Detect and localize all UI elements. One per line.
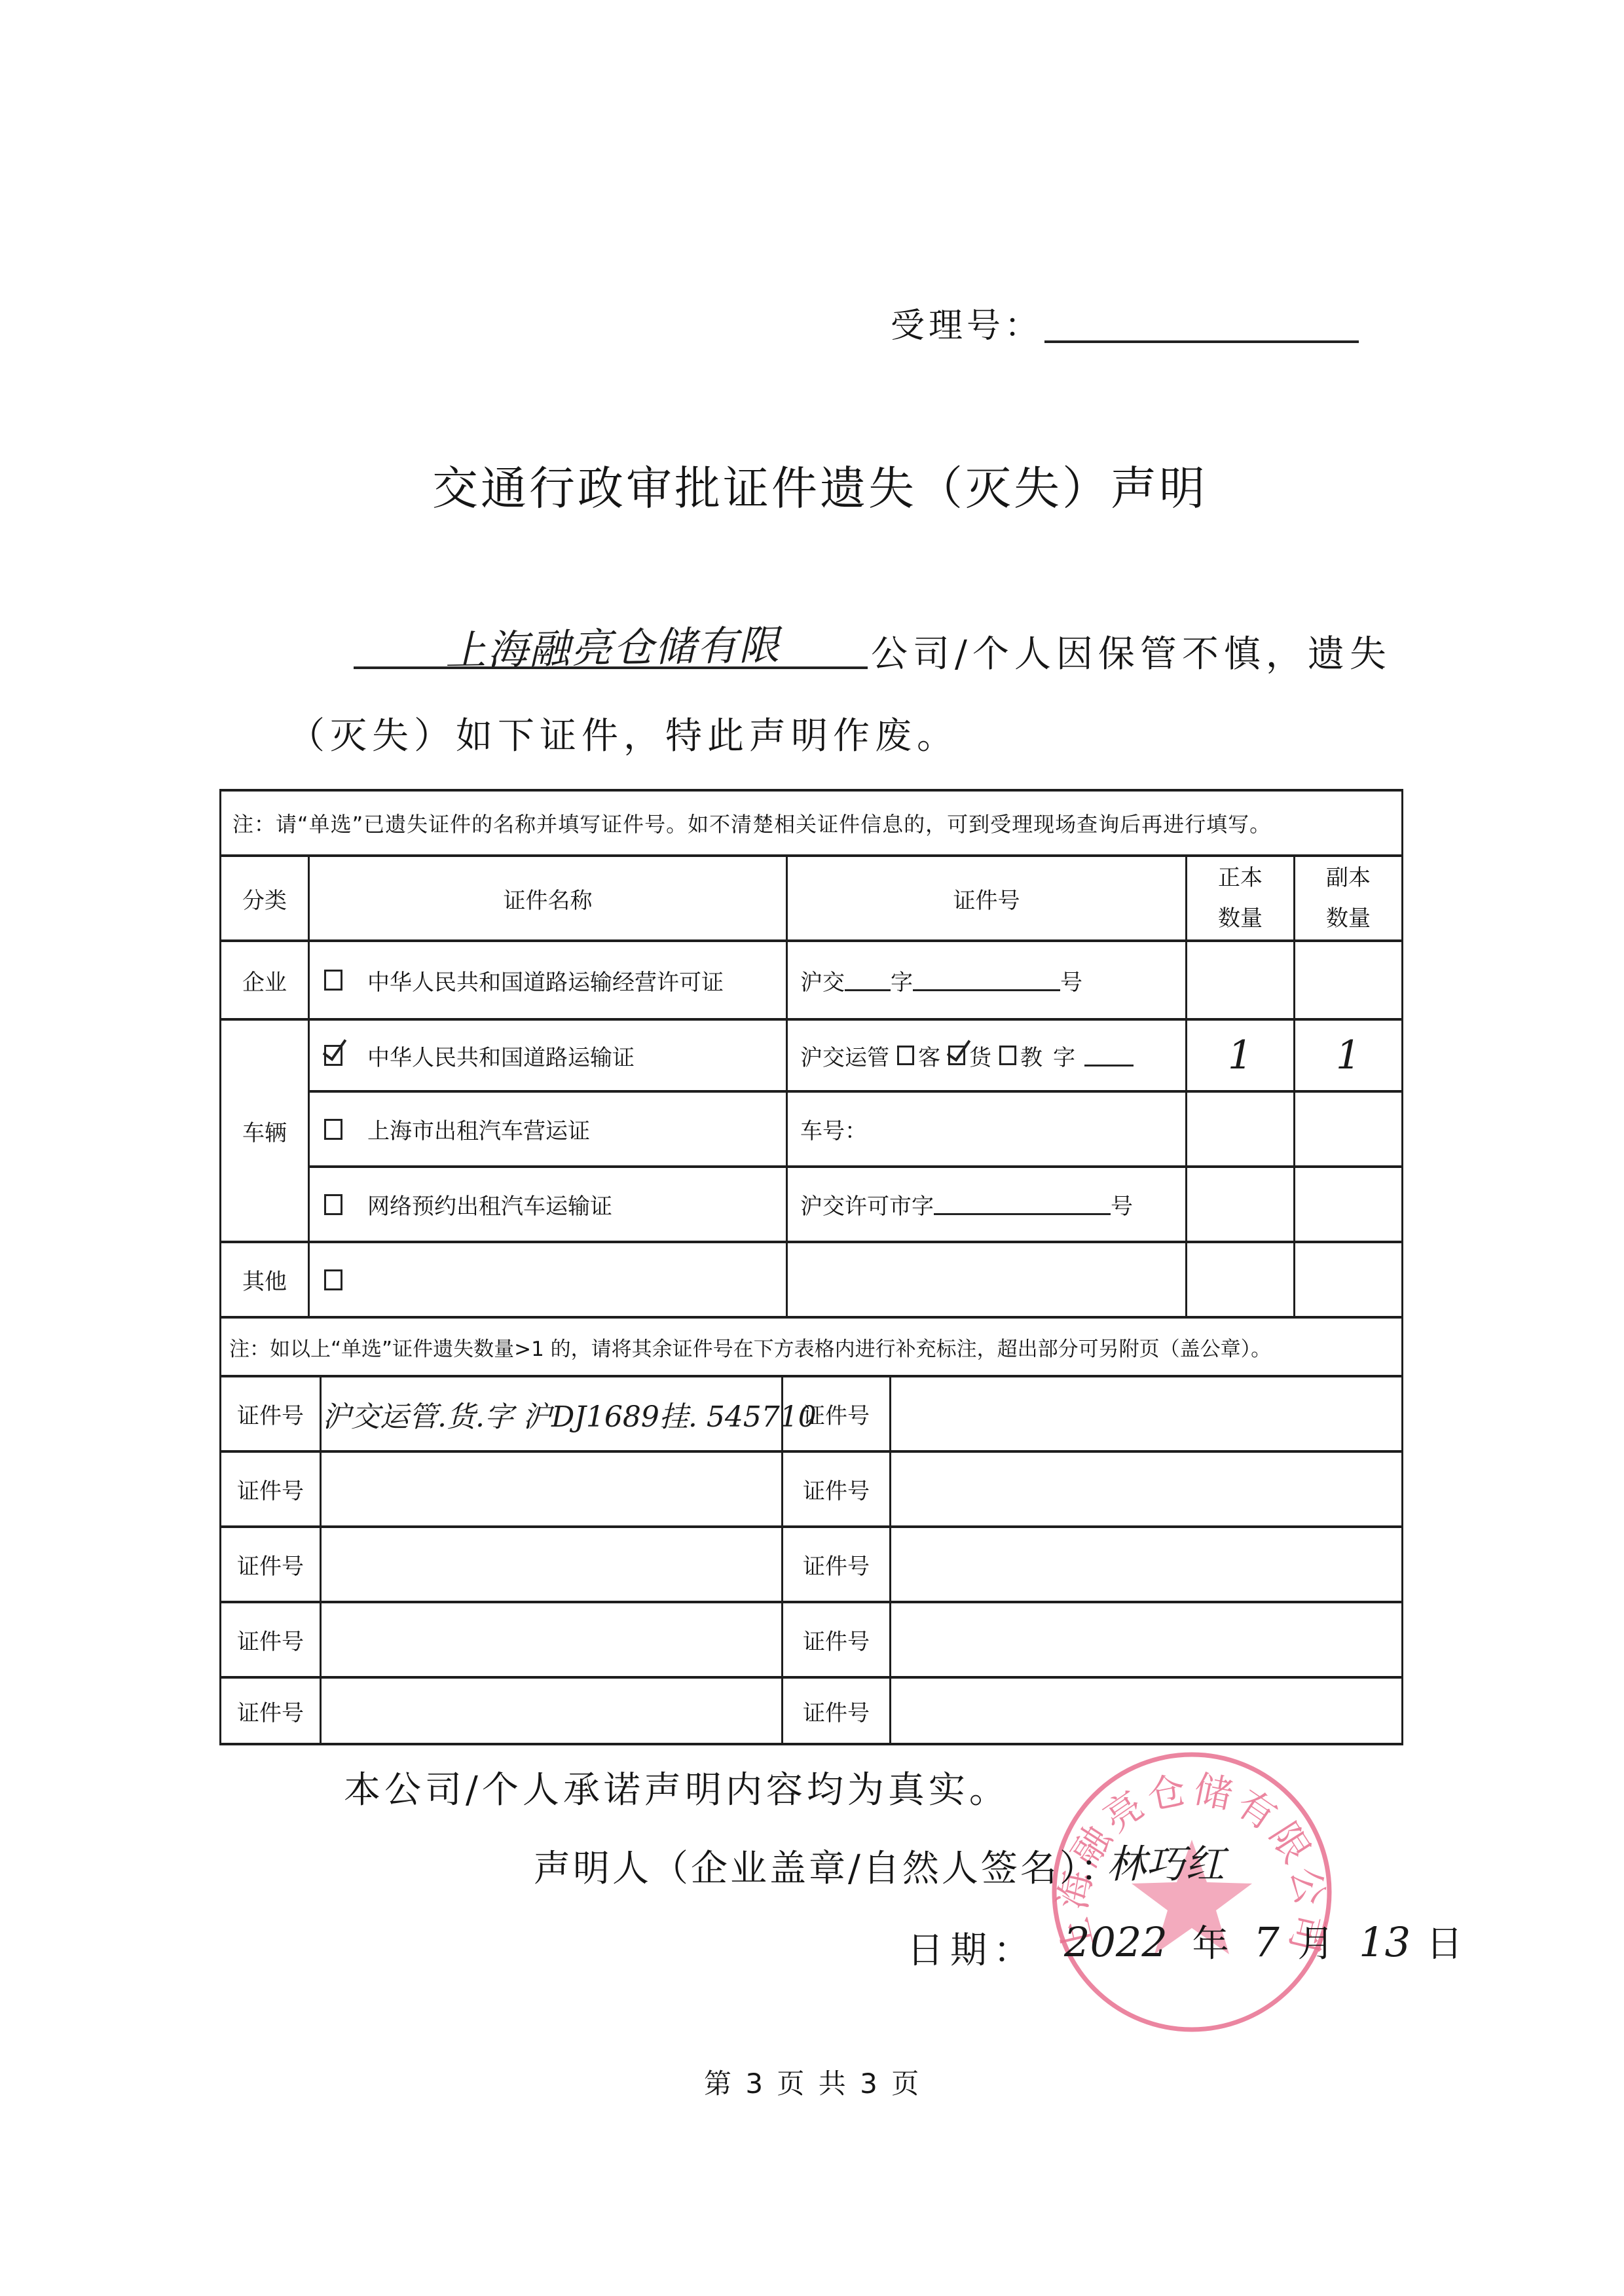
supplement-value[interactable] (892, 1679, 1399, 1743)
supplement-label: 证件号 (783, 1528, 889, 1601)
header-certificate-number: 证件号 (788, 857, 1185, 939)
number-prefix: 沪交许可市字 (800, 1188, 934, 1220)
table-note-bottom: 注：如以上“单选”证件遗失数量>1 的，请将其余证件号在下方表格内进行补充标注，… (229, 1319, 1401, 1375)
header-copy-qty-line1: 副本 (1326, 858, 1371, 898)
cert-number-taxi-operating-cert[interactable]: 车号： (800, 1093, 1183, 1165)
supplement-label: 证件号 (783, 1603, 889, 1676)
supplement-value[interactable] (322, 1453, 781, 1525)
header-category: 分类 (221, 857, 308, 939)
cert-name-business-license: 中华人民共和国道路运输经营许可证 (367, 964, 724, 996)
option-passenger-label: 客 (918, 1040, 940, 1072)
company-seal-icon: 上海融亮仓储有限公司 (1048, 1748, 1336, 2036)
supplement-value[interactable] (892, 1453, 1399, 1525)
checkbox-road-transport-cert[interactable] (324, 1045, 342, 1066)
number-field-short[interactable] (845, 970, 891, 991)
supplement-value[interactable] (892, 1528, 1399, 1601)
number-field-long[interactable] (913, 970, 1060, 991)
table-note-top: 注：请“单选”已遗失证件的名称并填写证件号。如不清楚相关证件信息的，可到受理现场… (232, 792, 1398, 854)
table-border-right (1401, 789, 1403, 1745)
supplement-value[interactable] (892, 1603, 1399, 1676)
statement-line-1: 公司/个人因保管不慎，遗失 (871, 625, 1392, 678)
category-other: 其他 (221, 1243, 308, 1316)
table-row: 网络预约出租汽车运输证 (324, 1168, 783, 1241)
date-value[interactable]: 2022 年 7 月 13 日 (1064, 1915, 1463, 1967)
date-day: 13 (1359, 1918, 1411, 1966)
number-prefix: 沪交 (800, 964, 845, 996)
header-certificate-name: 证件名称 (310, 857, 786, 939)
supplement-label: 证件号 (783, 1679, 889, 1743)
date-month-unit: 月 (1297, 1923, 1334, 1965)
checkbox-taxi-operating-cert[interactable] (324, 1119, 342, 1140)
table-row: 中华人民共和国道路运输证 (324, 1021, 783, 1090)
page-title: 交通行政审批证件遗失（灭失）声明 (432, 452, 1208, 518)
cert-name-ride-hailing-cert: 网络预约出租汽车运输证 (367, 1188, 612, 1220)
supplement-label: 证件号 (221, 1603, 320, 1676)
date-label: 日期： (907, 1922, 1037, 1974)
date-day-unit: 日 (1426, 1923, 1463, 1965)
checkbox-other[interactable] (324, 1269, 342, 1290)
cert-name-taxi-operating-cert: 上海市出租汽车营运证 (367, 1113, 590, 1145)
number-prefix: 沪交运管 (800, 1040, 889, 1072)
table-col-line (889, 1375, 891, 1743)
cert-name-road-transport-cert: 中华人民共和国道路运输证 (367, 1040, 635, 1072)
header-copy-qty: 副本 数量 (1295, 857, 1401, 939)
number-suffix: 号 (1111, 1188, 1133, 1220)
acceptance-number-field[interactable] (1044, 340, 1359, 343)
page-number: 第 3 页 共 3 页 (704, 2062, 921, 2102)
supplement-label: 证件号 (221, 1679, 320, 1743)
declarer-label: 声明人（企业盖章/自然人签名）： (534, 1840, 1120, 1892)
number-field[interactable] (934, 1194, 1111, 1215)
table-row: 中华人民共和国道路运输经营许可证 (324, 942, 783, 1018)
cert-number-road-transport-cert: 沪交运管 客 货 教 字 (800, 1021, 1183, 1090)
supplement-label: 证件号 (221, 1528, 320, 1601)
supplement-value[interactable] (322, 1603, 781, 1676)
supplement-label: 证件号 (221, 1377, 320, 1450)
option-freight-label: 货 (969, 1040, 991, 1072)
cert-number-ride-hailing-cert: 沪交许可市字 号 (800, 1168, 1183, 1241)
supplement-label: 证件号 (783, 1453, 889, 1525)
number-mid: 字 (1053, 1040, 1075, 1072)
checkbox-passenger[interactable] (897, 1046, 914, 1065)
category-vehicle: 车辆 (221, 1021, 308, 1241)
header-original-qty: 正本 数量 (1187, 857, 1293, 939)
header-original-qty-line2: 数量 (1218, 898, 1263, 939)
date-year-unit: 年 (1192, 1923, 1229, 1965)
number-field[interactable] (1084, 1045, 1134, 1066)
checkbox-business-license[interactable] (324, 970, 342, 991)
statement-line-2: （灭失）如下证件，特此声明作废。 (288, 707, 959, 759)
copy-qty-value[interactable]: 1 (1295, 1021, 1401, 1090)
supplement-value[interactable] (322, 1679, 781, 1743)
date-year: 2022 (1064, 1918, 1168, 1966)
table-border-bottom (219, 1743, 1403, 1745)
checkbox-freight[interactable] (948, 1046, 965, 1065)
cert-number-business-license: 沪交 字 号 (800, 942, 1183, 1018)
header-original-qty-line1: 正本 (1218, 858, 1263, 898)
acceptance-number-label: 受理号： (891, 298, 1043, 347)
table-col-line (320, 1375, 322, 1743)
checkbox-training[interactable] (999, 1046, 1016, 1065)
table-row (324, 1243, 783, 1316)
category-enterprise: 企业 (221, 942, 308, 1018)
original-qty-value[interactable]: 1 (1187, 1021, 1293, 1090)
table-row: 上海市出租汽车营运证 (324, 1093, 783, 1165)
company-name-handwritten: 上海融亮仓储有限 (445, 613, 781, 677)
header-copy-qty-line2: 数量 (1326, 898, 1371, 939)
supplement-label: 证件号 (221, 1453, 320, 1525)
number-suffix: 号 (1060, 964, 1082, 996)
supplement-value[interactable]: 沪交运管.货.字 沪DJ1689挂. 545710 (322, 1377, 781, 1450)
option-training-label: 教 (1020, 1040, 1043, 1072)
number-mid: 字 (891, 964, 913, 996)
supplement-label: 证件号 (783, 1377, 889, 1450)
supplement-value[interactable] (322, 1528, 781, 1601)
declarer-signature[interactable]: 林巧红 (1107, 1833, 1225, 1889)
date-month: 7 (1253, 1918, 1279, 1966)
checkbox-ride-hailing-cert[interactable] (324, 1194, 342, 1215)
promise-statement: 本公司/个人承诺声明内容均为真实。 (344, 1761, 1010, 1813)
supplement-value[interactable] (892, 1377, 1399, 1450)
